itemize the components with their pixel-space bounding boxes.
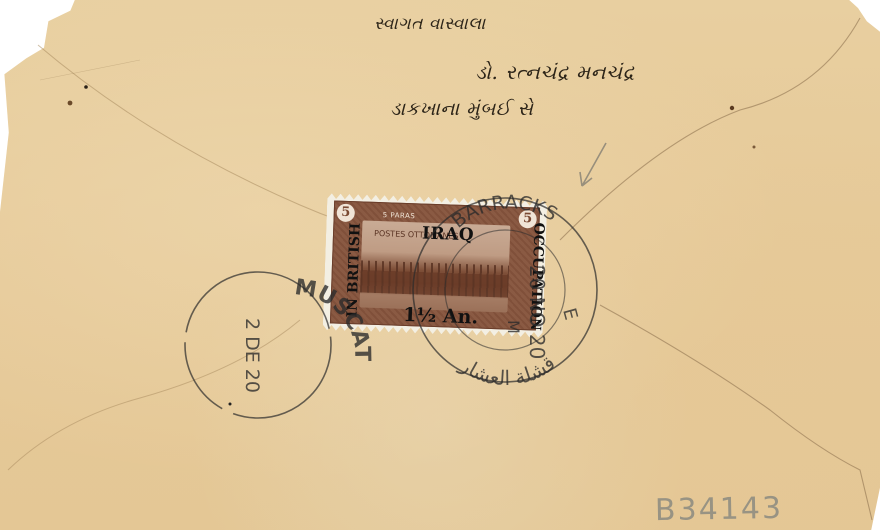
- overprint-value: 1½ An.: [403, 304, 479, 329]
- stamp-city-skyline: [360, 260, 509, 297]
- overprint-iraq: IRAQ: [422, 224, 475, 246]
- stamp-frame: 5 PARAS POSTES OTTOMANES 5 5 IRAQ IN BRI…: [330, 200, 540, 330]
- pencil-reference-number: B34143: [655, 491, 784, 528]
- postage-stamp: 5 PARAS POSTES OTTOMANES 5 5 IRAQ IN BRI…: [323, 193, 548, 338]
- stamp-corner-value-left: 5: [336, 204, 355, 223]
- overprint-in-british: IN BRITISH: [344, 223, 363, 318]
- stamp-paras-label: 5 PARAS: [383, 211, 416, 220]
